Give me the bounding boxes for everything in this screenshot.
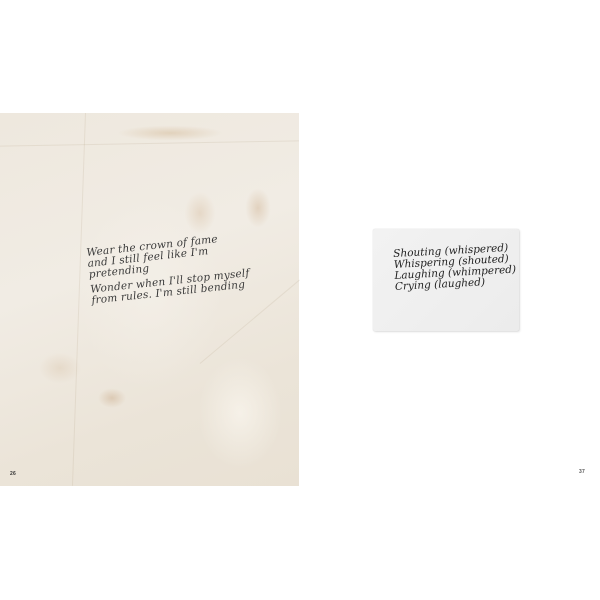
paper-crease [0, 140, 299, 146]
card-handwriting: Shouting (whispered) Whispering (shouted… [393, 243, 519, 293]
page-number-right: 37 [579, 469, 585, 475]
left-page: Wear the crown of fame and I still feel … [0, 0, 300, 600]
paper-crease [72, 113, 86, 486]
page-number-left: 26 [10, 471, 16, 477]
book-spread: Wear the crown of fame and I still feel … [0, 0, 600, 600]
handwritten-card: Shouting (whispered) Whispering (shouted… [373, 229, 519, 331]
right-page: Shouting (whispered) Whispering (shouted… [300, 0, 600, 600]
